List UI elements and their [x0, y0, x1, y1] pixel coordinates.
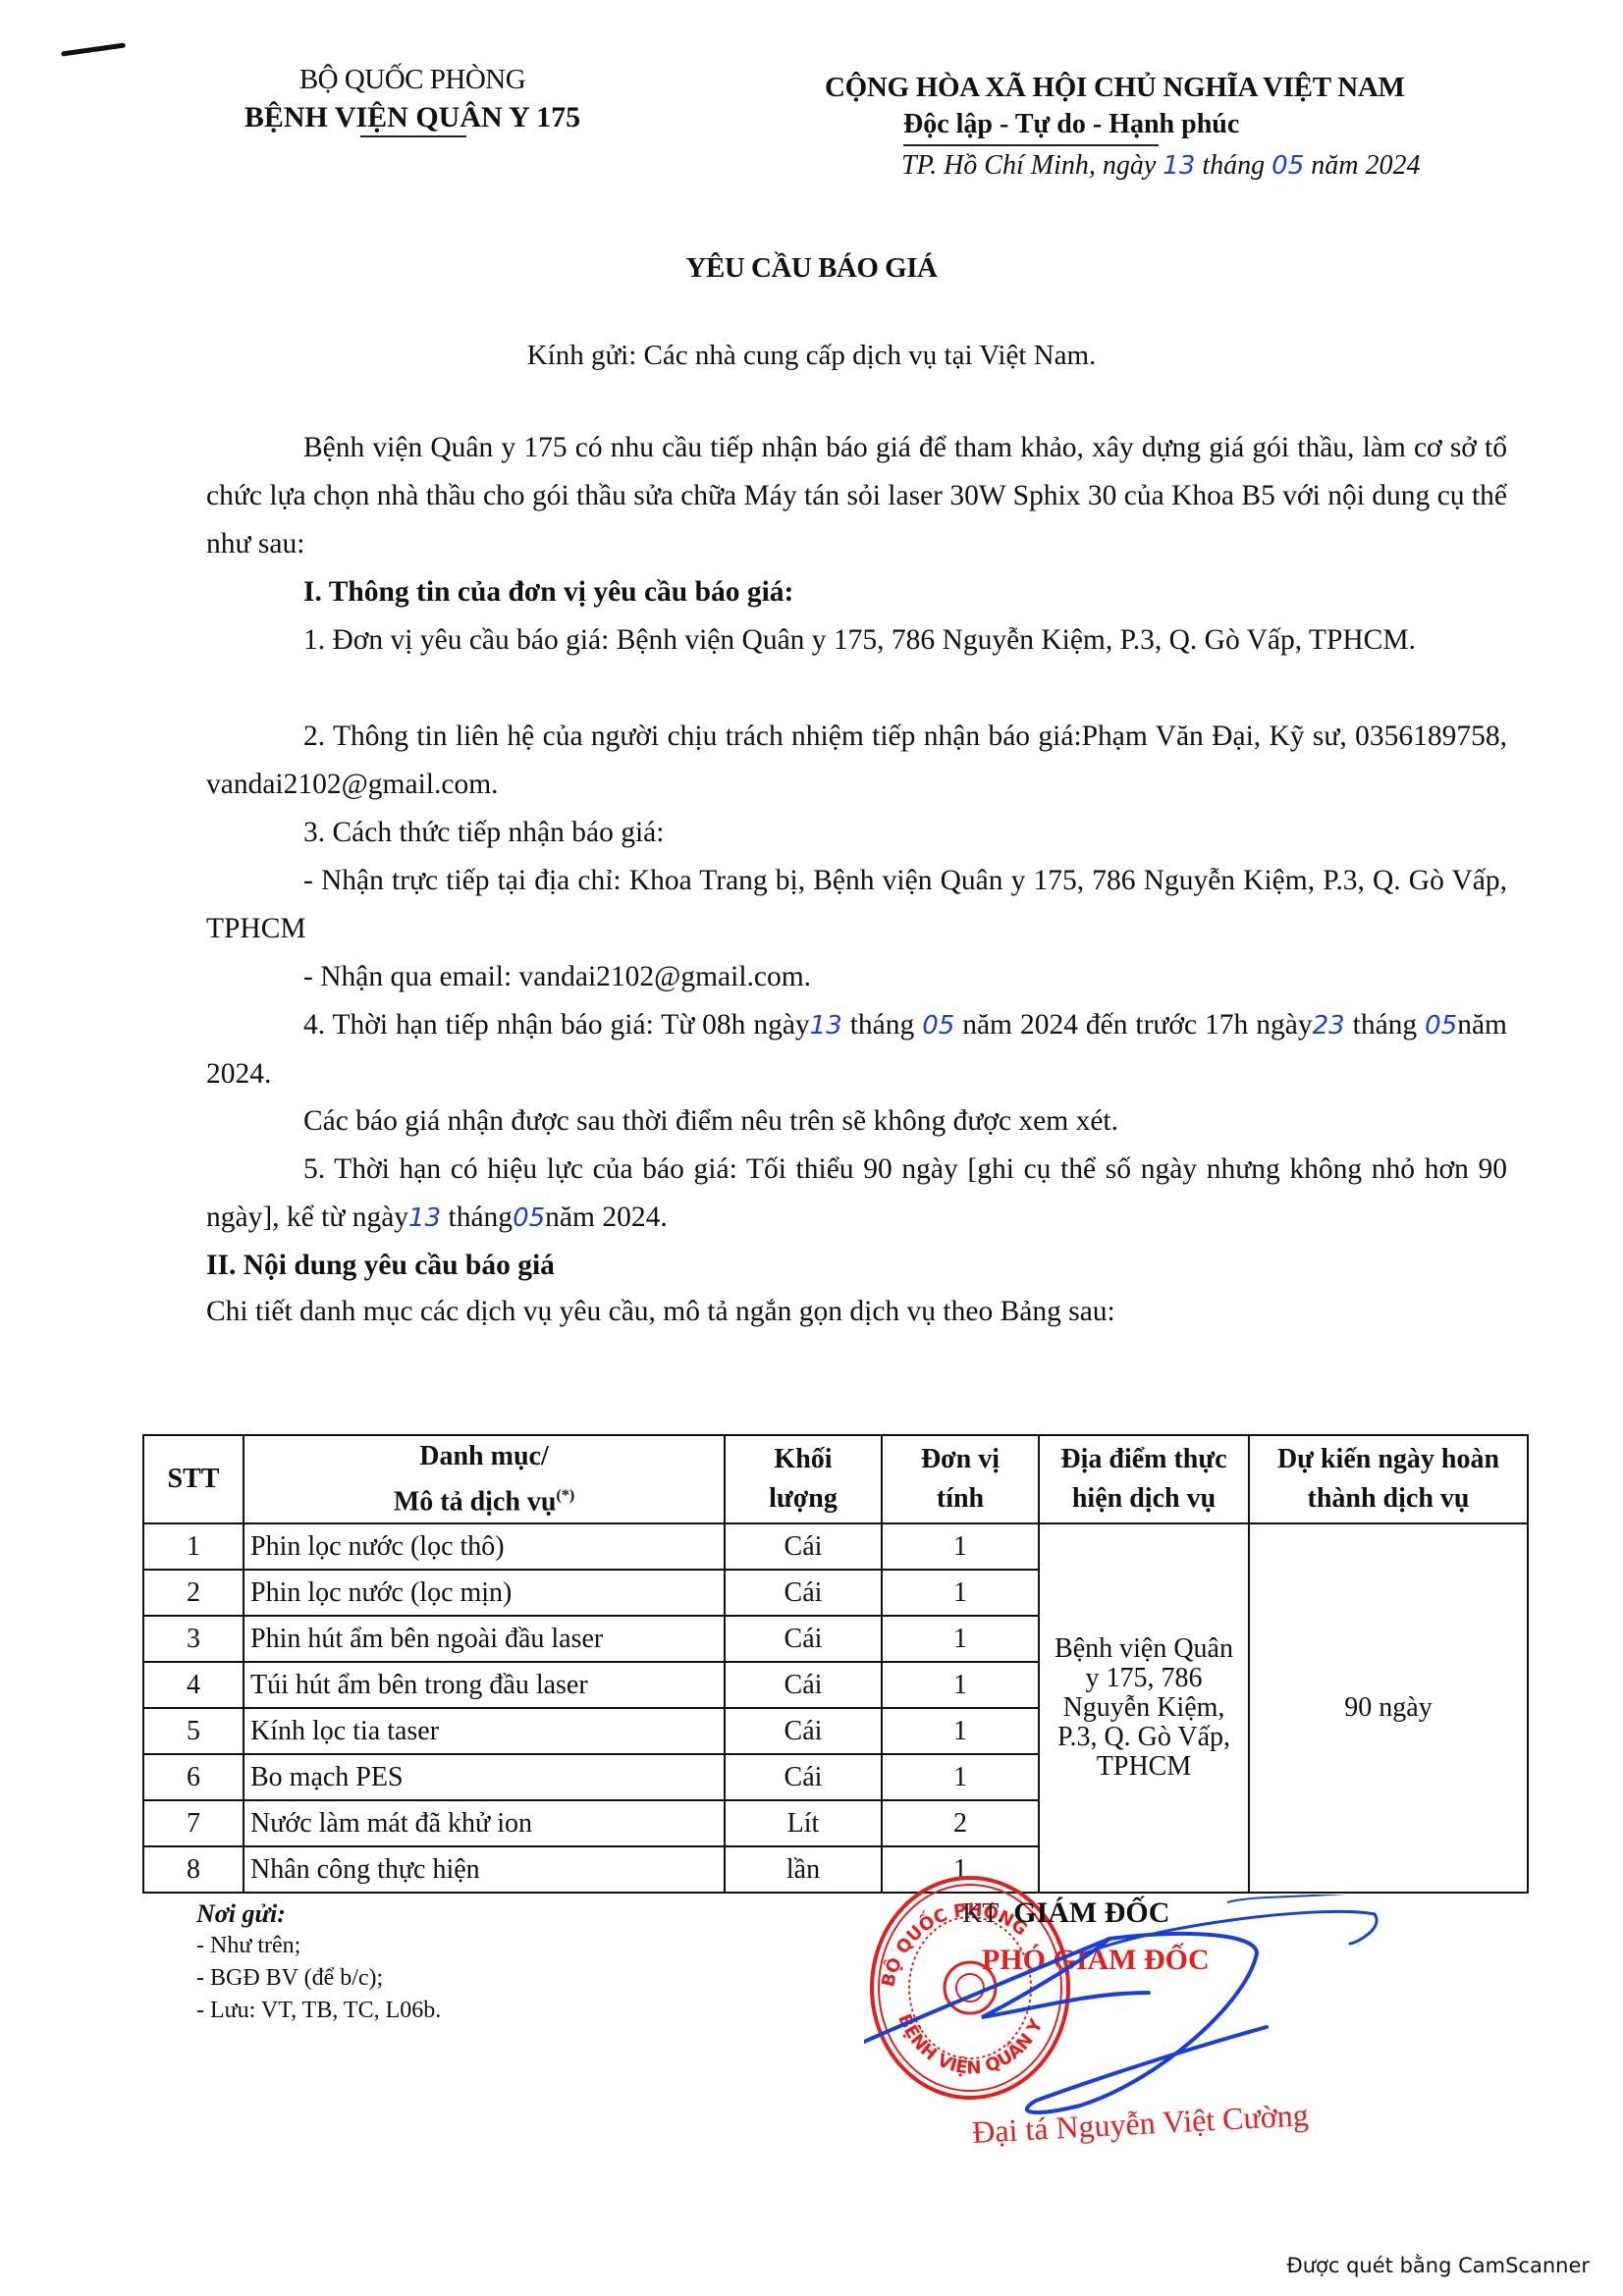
cell-unit: 1	[882, 1570, 1039, 1616]
service-table: STT Danh mục/Mô tả dịch vụ(*) Khốilượng …	[142, 1434, 1529, 1894]
col-qty: Khốilượng	[725, 1435, 882, 1523]
col-location: Địa điểm thựchiện dịch vụ	[1039, 1435, 1249, 1523]
validity-period: 5. Thời hạn có hiệu lực của báo giá: Tối…	[206, 1146, 1507, 1243]
cell-item: Phin lọc nước (lọc thô)	[243, 1523, 725, 1570]
cell-stt: 7	[143, 1800, 243, 1846]
ministry-name: BỘ QUỐC PHÒNG	[196, 61, 628, 98]
cell-stt: 1	[143, 1523, 243, 1570]
cell-qty: Cái	[725, 1754, 882, 1800]
cell-item: Nước làm mát đã khử ion	[243, 1800, 725, 1846]
text: Dự kiến ngày hoàn	[1277, 1444, 1499, 1474]
date-month: 05	[1271, 151, 1304, 181]
recipients: Nơi gửi: - Như trên; - BGĐ BV (để b/c); …	[196, 1897, 441, 2027]
receive-direct: - Nhận trực tiếp tại địa chỉ: Khoa Trang…	[206, 857, 1507, 953]
location-line: y 175, 786	[1046, 1664, 1242, 1693]
receive-deadline: 4. Thời hạn tiếp nhận báo giá: Từ 08h ng…	[206, 1001, 1507, 1098]
intro-paragraph: Bệnh viện Quân y 175 có nhu cầu tiếp nhậ…	[206, 424, 1507, 568]
requester-info: 1. Đơn vị yêu cầu báo giá: Bệnh viện Quâ…	[206, 616, 1507, 665]
cell-stt: 8	[143, 1846, 243, 1893]
location-line: Bệnh viện Quân	[1046, 1634, 1242, 1664]
text: tính	[937, 1483, 984, 1514]
cell-qty: Lít	[725, 1800, 882, 1846]
text: tháng	[449, 1201, 514, 1233]
cell-qty: Cái	[725, 1616, 882, 1662]
hospital-name: BỆNH VIỆN QUÂN Y 175	[196, 98, 628, 137]
location-line: TPHCM	[1046, 1752, 1242, 1782]
cell-qty: lần	[725, 1846, 882, 1893]
recipient-item: - Như trên;	[196, 1930, 441, 1962]
text: 5. Thời hạn có hiệu lực của báo giá: Tối…	[206, 1153, 1507, 1233]
cell-stt: 2	[143, 1570, 243, 1616]
cell-item: Bo mạch PES	[243, 1754, 725, 1800]
cell-stt: 6	[143, 1754, 243, 1800]
cell-qty: Cái	[725, 1570, 882, 1616]
cell-unit: 1	[882, 1523, 1039, 1570]
date-day: 13	[1163, 151, 1195, 181]
section1-heading: I. Thông tin của đơn vị yêu cầu báo giá:	[206, 568, 1507, 616]
text: lượng	[769, 1483, 838, 1514]
text: Mô tả dịch vụ	[394, 1486, 557, 1517]
table-row: 1Phin lọc nước (lọc thô)Cái1Bệnh viện Qu…	[143, 1523, 1528, 1570]
col-item: Danh mục/Mô tả dịch vụ(*)	[243, 1435, 725, 1523]
col-unit: Đơn vịtính	[882, 1435, 1039, 1523]
month-label: tháng	[1202, 150, 1265, 181]
cell-item: Túi hút ẩm bên trong đầu laser	[243, 1662, 725, 1708]
scanner-watermark: Được quét bằng CamScanner	[1286, 2254, 1590, 2277]
cell-qty: Cái	[725, 1662, 882, 1708]
start-day: 13	[810, 1011, 842, 1041]
cell-unit: 1	[882, 1662, 1039, 1708]
document-title: YÊU CẦU BÁO GIÁ	[0, 252, 1623, 285]
footnote-mark: (*)	[557, 1487, 575, 1504]
motto: Độc lập - Tự do - Hạnh phúc	[805, 106, 1239, 143]
receive-email: - Nhận qua email: vandai2102@gmail.com.	[206, 953, 1507, 1001]
validity-month: 05	[513, 1203, 545, 1233]
cell-unit: 2	[882, 1800, 1039, 1846]
col-eta: Dự kiến ngày hoànthành dịch vụ	[1249, 1435, 1528, 1523]
receive-method: 3. Cách thức tiếp nhận báo giá:	[206, 809, 1507, 857]
location-line: Nguyễn Kiệm,	[1046, 1693, 1242, 1723]
cell-qty: Cái	[725, 1523, 882, 1570]
validity-day: 13	[408, 1203, 441, 1233]
text: năm 2024.	[545, 1201, 668, 1233]
cell-unit: 1	[882, 1616, 1039, 1662]
cell-qty: Cái	[725, 1708, 882, 1754]
end-month: 05	[1425, 1011, 1457, 1041]
handwritten-signature-icon	[864, 1895, 1453, 2120]
location-line: P.3, Q. Gò Vấp,	[1046, 1723, 1242, 1752]
end-day: 23	[1313, 1011, 1345, 1041]
late-note: Các báo giá nhận được sau thời điểm nêu …	[206, 1097, 1507, 1146]
cell-stt: 3	[143, 1616, 243, 1662]
national-header: CỘNG HÒA XÃ HỘI CHỦ NGHĨA VIỆT NAM Độc l…	[805, 69, 1414, 186]
recipient-item: - BGĐ BV (để b/c);	[196, 1962, 441, 1995]
table-header-row: STT Danh mục/Mô tả dịch vụ(*) Khốilượng …	[143, 1435, 1528, 1523]
cell-item: Kính lọc tia taser	[243, 1708, 725, 1754]
nation-name: CỘNG HÒA XÃ HỘI CHỦ NGHĨA VIỆT NAM	[805, 69, 1414, 106]
text: Khối	[774, 1444, 832, 1474]
cell-unit: 1	[882, 1708, 1039, 1754]
text: thành dịch vụ	[1308, 1483, 1470, 1514]
date-year: năm 2024	[1311, 150, 1420, 181]
recipient-item: - Lưu: VT, TB, TC, L06b.	[196, 1995, 441, 2027]
text: Đơn vị	[921, 1444, 1000, 1474]
cell-location: Bệnh viện Quâny 175, 786Nguyễn Kiệm,P.3,…	[1039, 1523, 1249, 1893]
text: Địa điểm thực	[1060, 1444, 1226, 1474]
issuer-header: BỘ QUỐC PHÒNG BỆNH VIỆN QUÂN Y 175	[196, 61, 628, 139]
cell-stt: 5	[143, 1708, 243, 1754]
greeting: Kính gửi: Các nhà cung cấp dịch vụ tại V…	[0, 340, 1623, 372]
section2-heading: II. Nội dung yêu cầu báo giá	[206, 1242, 1507, 1290]
text: tháng	[1353, 1009, 1418, 1041]
text: Danh mục/	[419, 1441, 548, 1471]
text: tháng	[850, 1009, 915, 1041]
cell-item: Nhân công thực hiện	[243, 1846, 725, 1893]
header-underline	[360, 135, 466, 137]
cell-eta: 90 ngày	[1249, 1523, 1528, 1893]
text: năm 2024 đến trước 17h ngày	[962, 1009, 1312, 1041]
section2-subtitle: Chi tiết danh mục các dịch vụ yêu cầu, m…	[206, 1288, 1507, 1336]
cell-stt: 4	[143, 1662, 243, 1708]
text: hiện dịch vụ	[1072, 1483, 1216, 1514]
pen-mark	[61, 42, 126, 56]
cell-item: Phin lọc nước (lọc mịn)	[243, 1570, 725, 1616]
cell-item: Phin hút ẩm bên ngoài đầu laser	[243, 1616, 725, 1662]
place-prefix: TP. Hồ Chí Minh, ngày	[901, 150, 1156, 181]
start-month: 05	[922, 1011, 954, 1041]
cell-unit: 1	[882, 1754, 1039, 1800]
contact-info: 2. Thông tin liên hệ của người chịu trác…	[206, 713, 1507, 809]
text: 4. Thời hạn tiếp nhận báo giá: Từ 08h ng…	[303, 1009, 810, 1041]
recipients-label: Nơi gửi:	[196, 1897, 441, 1930]
col-stt: STT	[143, 1435, 243, 1523]
place-date: TP. Hồ Chí Minh, ngày 13 tháng 05 năm 20…	[805, 146, 1414, 186]
